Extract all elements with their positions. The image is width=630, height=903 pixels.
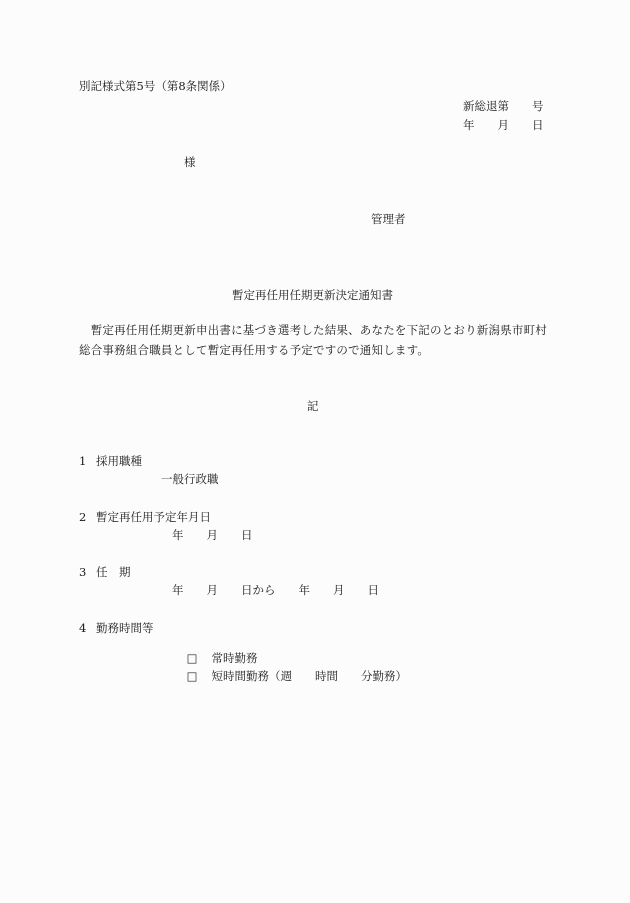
item-3-number: 3 — [79, 567, 86, 579]
issue-date: 年 月 日 — [463, 120, 544, 132]
body-paragraph: 暫定再任用任期更新申出書に基づき選考した結果、あなたを下記のとおり新潟県市町村 … — [79, 320, 549, 360]
item-3-value: 年 月 日から 年 月 日 — [172, 585, 379, 597]
document-title: 暫定再任用任期更新決定通知書 — [232, 290, 393, 302]
document-number: 新総退第 号 — [463, 101, 544, 113]
item-1-label: 採用職種 — [96, 456, 142, 468]
form-number: 別記様式第5号（第8条関係） — [79, 81, 232, 93]
body-line-2: 総合事務組合職員として暫定再任用する予定ですので通知します。 — [79, 340, 549, 360]
item-2-label: 暫定再任用予定年月日 — [96, 512, 211, 524]
item-4-number: 4 — [79, 623, 86, 635]
body-line-1: 暫定再任用任期更新申出書に基づき選考した結果、あなたを下記のとおり新潟県市町村 — [79, 320, 549, 340]
option-part-time-label: 短時間勤務（週 時間 分勤務） — [212, 669, 408, 683]
item-3-label: 任 期 — [96, 567, 131, 579]
item-4-label: 勤務時間等 — [96, 623, 154, 635]
addressee-suffix: 様 — [184, 157, 196, 169]
item-2-number: 2 — [79, 512, 86, 524]
item-2-value: 年 月 日 — [172, 530, 253, 542]
item-1-value: 一般行政職 — [161, 474, 219, 486]
option-part-time[interactable]: □短時間勤務（週 時間 分勤務） — [172, 659, 407, 694]
ki-heading: 記 — [307, 401, 319, 413]
checkbox-icon[interactable]: □ — [187, 671, 198, 683]
sender-title: 管理者 — [371, 214, 406, 226]
item-1-number: 1 — [79, 456, 86, 468]
